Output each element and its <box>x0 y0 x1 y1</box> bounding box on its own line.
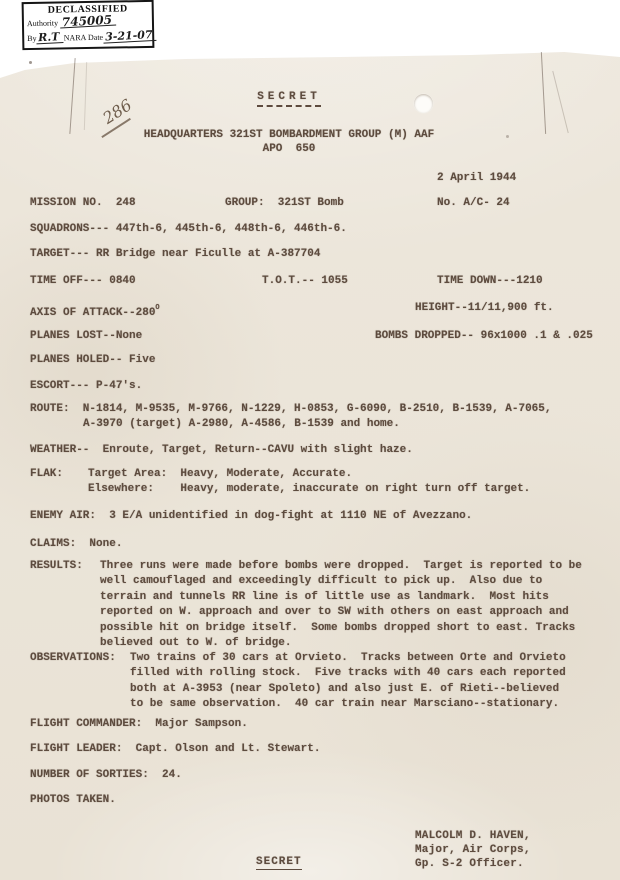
flak-label: FLAK: <box>30 467 63 481</box>
route-line: ROUTE: N-1814, M-9535, M-9766, N-1229, H… <box>30 402 552 416</box>
results-line: terrain and tunnels RR line is of little… <box>100 590 549 604</box>
planes-lost-field: PLANES LOST--None <box>30 329 142 343</box>
height-field: HEIGHT--11/11,900 ft. <box>415 301 554 315</box>
results-line: Three runs were made before bombs were d… <box>100 559 582 573</box>
scanned-document-page: DECLASSIFIED Authority 745005 ByR.TNARA … <box>0 0 620 880</box>
enemy-air-field: ENEMY AIR: 3 E/A unidentified in dog-fig… <box>30 509 472 523</box>
stamp-nara-row: ByR.TNARA Date3-21-07 <box>27 29 149 46</box>
axis-of-attack-field: AXIS OF ATTACK--280O <box>30 301 160 320</box>
squadrons-field: SQUADRONS--- 447th-6, 445th-6, 448th-6, … <box>30 222 347 236</box>
classification-footer-row: SECRET <box>256 855 302 869</box>
claims-field: CLAIMS: None. <box>30 537 122 551</box>
time-off-field: TIME OFF--- 0840 <box>30 274 136 288</box>
flak-line: Elsewhere: Heavy, moderate, inaccurate o… <box>88 482 530 496</box>
photos-field: PHOTOS TAKEN. <box>30 793 116 807</box>
results-label: RESULTS: <box>30 559 83 573</box>
results-line: reported on W. approach and over to SW w… <box>100 605 569 619</box>
stamp-by-signature: R.T <box>36 32 64 44</box>
stamp-authority-value: 745005 <box>60 15 117 29</box>
results-line: well camouflaged and exceedingly difficu… <box>100 574 542 588</box>
aircraft-count-field: No. A/C- 24 <box>437 196 510 210</box>
mission-number-field: MISSION NO. 248 <box>30 196 136 210</box>
classification-footer: SECRET <box>256 856 302 870</box>
signature-name: MALCOLM D. HAVEN, <box>415 829 531 843</box>
escort-field: ESCORT--- P-47's. <box>30 379 142 393</box>
signature-rank: Major, Air Corps, <box>415 843 531 857</box>
route-line: A-3970 (target) A-2980, A-4586, B-1539 a… <box>83 417 400 431</box>
stamp-nara-label: NARA Date <box>64 33 103 43</box>
flak-line: Target Area: Heavy, Moderate, Accurate. <box>88 467 352 481</box>
report-date: 2 April 1944 <box>437 171 516 185</box>
observations-line: both at A-3953 (near Spoleto) and also j… <box>130 682 559 696</box>
tot-field: T.O.T.-- 1055 <box>262 274 348 288</box>
results-line: possible hit on bridge itself. Some bomb… <box>100 621 575 635</box>
flight-commander-field: FLIGHT COMMANDER: Major Sampson. <box>30 717 248 731</box>
stamp-date-value: 3-21-07 <box>103 30 157 44</box>
classification-header: SECRET <box>257 91 321 107</box>
weather-field: WEATHER-- Enroute, Target, Return--CAVU … <box>30 443 413 457</box>
planes-holed-field: PLANES HOLED-- Five <box>30 353 155 367</box>
target-field: TARGET--- RR Bridge near Ficulle at A-38… <box>30 247 320 261</box>
flight-leader-field: FLIGHT LEADER: Capt. Olson and Lt. Stewa… <box>30 742 320 756</box>
observations-label: OBSERVATIONS: <box>30 651 116 665</box>
results-line: believed out to W. of bridge. <box>100 636 291 650</box>
sorties-field: NUMBER OF SORTIES: 24. <box>30 768 182 782</box>
classification-header-row: SECRET <box>0 90 578 104</box>
group-field: GROUP: 321ST Bomb <box>225 196 344 210</box>
observations-line: to be same observation. 40 car train nea… <box>130 697 559 711</box>
observations-line: Two trains of 30 cars at Orvieto. Tracks… <box>130 651 566 665</box>
group-header: HEADQUARTERS 321ST BOMBARDMENT GROUP (M)… <box>0 128 578 142</box>
degree-symbol: O <box>155 304 159 312</box>
stamp-authority-label: Authority <box>27 19 58 29</box>
signature-title: Gp. S-2 Officer. <box>415 857 524 871</box>
declassified-stamp: DECLASSIFIED Authority 745005 ByR.TNARA … <box>22 0 155 50</box>
time-down-field: TIME DOWN---1210 <box>437 274 543 288</box>
bombs-dropped-field: BOMBS DROPPED-- 96x1000 .1 & .025 <box>375 329 593 343</box>
observations-line: filled with rolling stock. Five tracks w… <box>130 666 566 680</box>
apo-line: APO 650 <box>0 142 578 156</box>
ink-speck <box>29 61 32 64</box>
